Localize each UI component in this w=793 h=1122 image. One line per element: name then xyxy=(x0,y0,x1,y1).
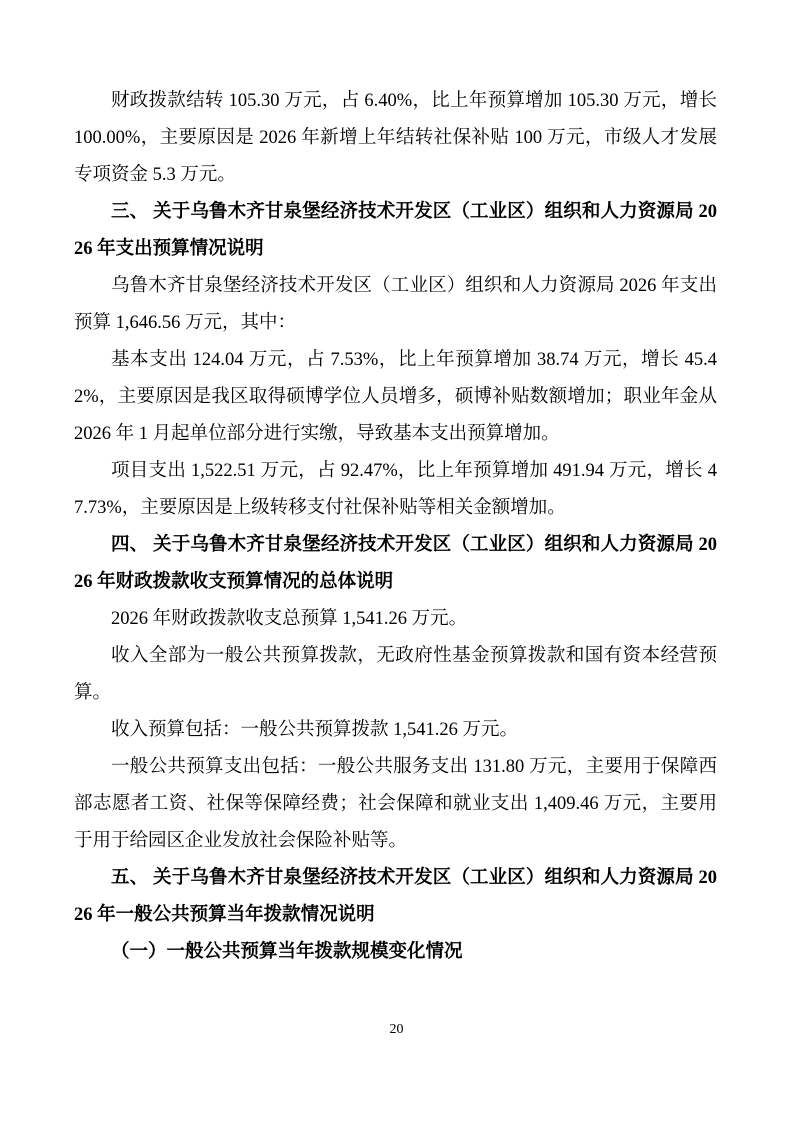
page-footer: 20 xyxy=(0,1020,793,1040)
section-heading-four-fiscal-appropriation: 四、 关于乌鲁木齐甘泉堡经济技术开发区（工业区）组织和人力资源局 2026 年财… xyxy=(74,527,717,601)
paragraph-project-expenditure: 项目支出 1,522.51 万元，占 92.47%，比上年预算增加 491.94… xyxy=(74,453,717,527)
document-content: 财政拨款结转 105.30 万元，占 6.40%，比上年预算增加 105.30 … xyxy=(74,83,717,971)
subsection-heading-one-scale-change: （一）一般公共预算当年拨款规模变化情况 xyxy=(74,934,717,971)
section-heading-three-expenditure-budget: 三、 关于乌鲁木齐甘泉堡经济技术开发区（工业区）组织和人力资源局 2026 年支… xyxy=(74,194,717,268)
page-number: 20 xyxy=(390,1022,404,1037)
paragraph-basic-expenditure: 基本支出 124.04 万元，占 7.53%，比上年预算增加 38.74 万元，… xyxy=(74,342,717,453)
paragraph-income-source: 收入全部为一般公共预算拨款，无政府性基金预算拨款和国有资本经营预算。 xyxy=(74,638,717,712)
paragraph-income-budget: 收入预算包括：一般公共预算拨款 1,541.26 万元。 xyxy=(74,712,717,749)
document-page: 财政拨款结转 105.30 万元，占 6.40%，比上年预算增加 105.30 … xyxy=(0,0,793,1122)
paragraph-total-fiscal-budget: 2026 年财政拨款收支总预算 1,541.26 万元。 xyxy=(74,601,717,638)
paragraph-carryover-funds: 财政拨款结转 105.30 万元，占 6.40%，比上年预算增加 105.30 … xyxy=(74,83,717,194)
paragraph-public-budget-expenditure: 一般公共预算支出包括：一般公共服务支出 131.80 万元，主要用于保障西部志愿… xyxy=(74,749,717,860)
paragraph-total-expenditure: 乌鲁木齐甘泉堡经济技术开发区（工业区）组织和人力资源局 2026 年支出预算 1… xyxy=(74,268,717,342)
section-heading-five-current-year-appropriation: 五、 关于乌鲁木齐甘泉堡经济技术开发区（工业区）组织和人力资源局 2026 年一… xyxy=(74,860,717,934)
